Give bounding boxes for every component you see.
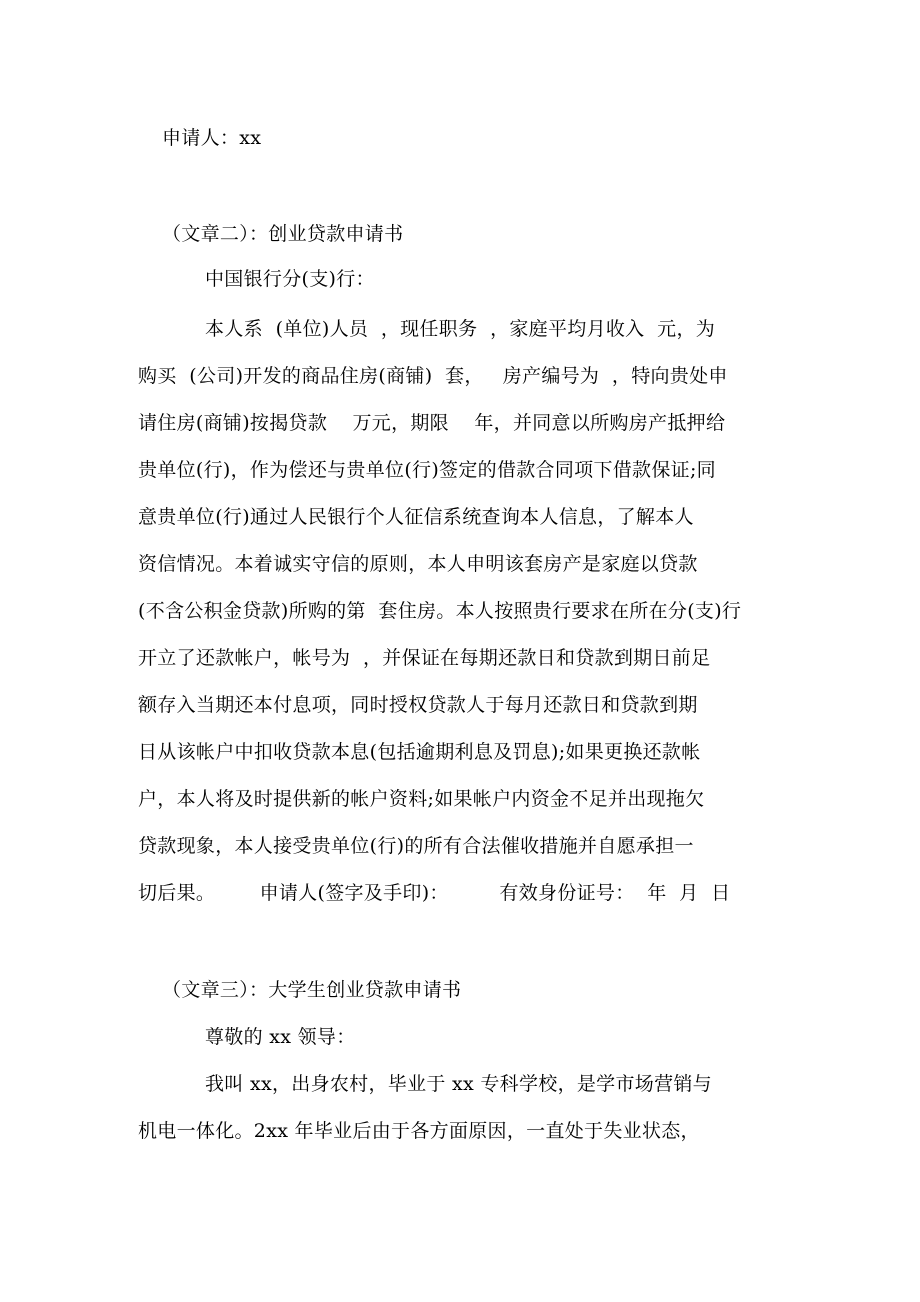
article2-body-line: 贷款现象，本人接受贵单位(行)的所有合法催收措施并自愿承担一 [138,834,694,858]
article2-body-line: 本人系 (单位)人员 ，现任职务 ，家庭平均月收入 元，为 [205,317,715,341]
article2-signature-line: 切后果。 申请人(签字及手印)： 有效身份证号： 年 月 日 [138,881,730,905]
article2-body-line: 户，本人将及时提供新的帐户资料;如果帐户内资金不足并出现拖欠 [138,787,704,811]
article2-body-line: 请住房(商铺)按揭贷款 万元，期限 年，并同意以所购房产抵押给 [138,411,725,435]
article3-body-line: 机电一体化。2xx 年毕业后由于各方面原因，一直处于失业状态， [138,1119,700,1143]
previous-signature: 申请人：xx [162,126,261,150]
article3-salutation: 尊敬的 xx 领导： [205,1025,356,1049]
article2-heading: （文章二）：创业贷款申请书 [162,222,403,246]
article2-body-line: 意贵单位(行)通过人民银行个人征信系统查询本人信息，了解本人 [138,505,694,529]
article2-salutation: 中国银行分(支)行： [205,267,375,291]
article3-heading: （文章三）：大学生创业贷款申请书 [162,978,461,1002]
article2-body-line: (不含公积金贷款)所购的第 套住房。本人按照贵行要求在所在分(支)行 [138,599,741,623]
article2-body-line: 贵单位(行)，作为偿还与贵单位(行)签定的借款合同项下借款保证;同 [138,458,716,482]
article2-body-line: 开立了还款帐户，帐号为 ，并保证在每期还款日和贷款到期日前足 [138,646,710,670]
article3-body-line: 我叫 xx，出身农村，毕业于 xx 专科学校，是学市场营销与 [205,1072,712,1096]
article2-body-line: 购买 (公司)开发的商品住房(商铺) 套， 房产编号为 ，特向贵处申 [138,364,728,388]
article2-body-line: 日从该帐户中扣收贷款本息(包括逾期利息及罚息);如果更换还款帐 [138,740,701,764]
article2-body-line: 额存入当期还本付息项，同时授权贷款人于每月还款日和贷款到期 [138,693,698,717]
article2-body-line: 资信情况。本着诚实守信的原则，本人申明该套房产是家庭以贷款 [138,552,698,576]
